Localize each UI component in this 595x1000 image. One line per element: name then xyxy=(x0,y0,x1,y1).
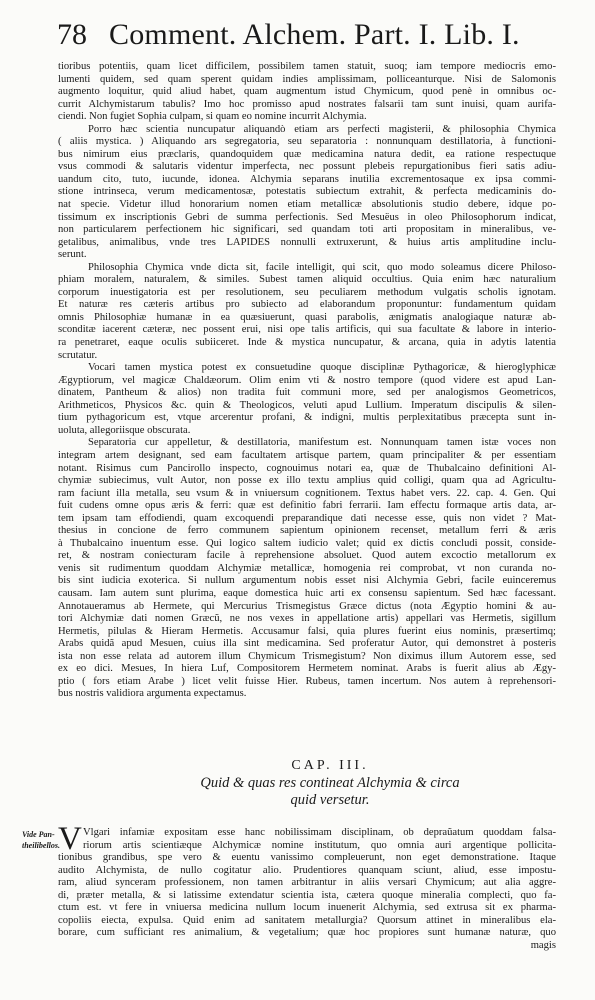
text-line: currit Alchymistarum tabulis? Imo hoc pr… xyxy=(58,99,556,112)
text-line: integram artem designant, sed eam facult… xyxy=(58,450,556,463)
text-line: fuit cudens omne opus æris & ferri: quæ … xyxy=(58,500,556,513)
text-line: causam. Iam autem sunt plurima, eaque do… xyxy=(58,588,556,601)
text-line: di, præter metalla, & si latissime exten… xyxy=(58,890,556,903)
text-line: omnis Philosophiæ humanæ in ea quæsiueru… xyxy=(58,312,556,325)
text-line: ra penetraret, eaque oculis subiiceret. … xyxy=(58,337,556,350)
text-line: Separatoria cur appelletur, & destillato… xyxy=(58,437,556,450)
text-line: tium pythagoricum est, vtque arcerentur … xyxy=(58,412,556,425)
text-line: ram faciunt illa metalla, seu vsum & in … xyxy=(58,488,556,501)
text-line: tem ipsam tam effodiendi, quam excoquend… xyxy=(58,513,556,526)
running-title: Comment. Alchem. Part. I. Lib. I. xyxy=(109,17,520,53)
text-line: uoluta, allegoriisque obscurata. xyxy=(58,425,556,438)
chapter-title-line-2: quid versetur. xyxy=(100,792,560,809)
text-line: phiam moralem, naturalem, & similes. Sub… xyxy=(58,274,556,287)
text-line: Annotaueramus ab Hermete, qui Mercurius … xyxy=(58,601,556,614)
page-number: 78 xyxy=(57,17,87,53)
text-line: notant. Risimus cum Pancirollo inspecto,… xyxy=(58,463,556,476)
text-line: borare, cum sufficiant res animalium, & … xyxy=(58,927,556,940)
text-line: scrutatur. xyxy=(58,350,556,363)
text-line: Et naturæ res cæteris artibus pro subiec… xyxy=(58,299,556,312)
text-line: serunt. xyxy=(58,249,556,262)
text-line: chymiæ subiecimus, vult Autor, non posse… xyxy=(58,475,556,488)
text-line: ptio ( fors etiam Arabe ) licet velit fu… xyxy=(58,676,556,689)
page-header: 78 Comment. Alchem. Part. I. Lib. I. xyxy=(57,17,557,53)
text-line: bus nimirum eius præclaris, quandoquidem… xyxy=(58,149,556,162)
text-line: nat specie. Videtur illud honorarium nom… xyxy=(58,199,556,212)
text-line: dinatem, Pantheum & alios) non tradita f… xyxy=(58,387,556,400)
text-line: ista non esse relata ad autorem illum Ch… xyxy=(58,651,556,664)
text-line: tissimum ex inscriptionis Gebri de summa… xyxy=(58,212,556,225)
text-line: augmento loquitur, quid aliud habet, qua… xyxy=(58,86,556,99)
text-line: getalibus, animalibus, vnde tres LAPIDES… xyxy=(58,237,556,250)
text-line: ctum est. vt fere in vniuersa medicina n… xyxy=(58,902,556,915)
text-line: audito Alchymista, de nullo cogitatur al… xyxy=(58,865,556,878)
text-line: thesius in concione de ferro communem sa… xyxy=(58,525,556,538)
text-line: ram, aliud synceram professionem, non ta… xyxy=(58,877,556,890)
chapter-body: V Vlgari infamiæ expositam esse hanc nob… xyxy=(58,827,556,952)
text-line: Hermetis, pilulas & Hieram Hermetis. Acc… xyxy=(58,626,556,639)
text-line: tioribus potentiis, quam licet difficile… xyxy=(58,61,556,74)
text-line: vsus commodi & salutaris videntur imperf… xyxy=(58,161,556,174)
chapter-label: CAP. III. xyxy=(100,757,560,775)
text-line: tionibus grandibus, spe vero & euentu va… xyxy=(58,852,556,865)
text-line: Arithmeticos, Physicos &c. quin & Theolo… xyxy=(58,400,556,413)
chapter-title-line-1: Quid & quas res contineat Alchymia & cir… xyxy=(100,775,560,792)
drop-cap: V xyxy=(58,825,82,853)
text-line: sconditæ iacerent cæteræ, nec possent er… xyxy=(58,324,556,337)
text-line: ret, & nostram coniecturam facile à repr… xyxy=(58,550,556,563)
text-line: corporum inuestigatoria est per resoluti… xyxy=(58,287,556,300)
paragraph-continuation: tioribus potentiis, quam licet difficile… xyxy=(58,61,556,701)
text-line: ( aliis mystica. ) Aliquando ars segrega… xyxy=(58,136,556,149)
text-line: ciendi. Non fugiet Sophia culpam, si qua… xyxy=(58,111,556,124)
text-line: venis sit rudimentum quoddam Alchymiæ me… xyxy=(58,563,556,576)
text-line: à Thubalcaino inuentum esse. Qui logico … xyxy=(58,538,556,551)
text-line: ex eo dici. Mesues, In hiera Luf, Compos… xyxy=(58,663,556,676)
text-line: lumenti quidem, sed quam sperent quidam … xyxy=(58,74,556,87)
text-line: Ægyptiorum, vel magicæ Chaldæorum. Olim … xyxy=(58,375,556,388)
text-line: Vlgari infamiæ expositam esse hanc nobil… xyxy=(58,827,556,840)
text-line: Philosophia Chymica vnde dicta sit, faci… xyxy=(58,262,556,275)
text-line: bus nostris validiora argumenta expectam… xyxy=(58,688,556,701)
text-line: riorum artis scientiæque Alchymicæ nomin… xyxy=(58,840,556,853)
text-line: uandum cito, tuto, iucunde, idonea. Alch… xyxy=(58,174,556,187)
text-line: Arabs quidã apud Mesuen, cuius illa sint… xyxy=(58,638,556,651)
text-line: Porro hæc scientia nuncupatur aliquandò … xyxy=(58,124,556,137)
chapter-heading: CAP. III. Quid & quas res contineat Alch… xyxy=(100,757,560,809)
text-line: tori Alchymiæ dati nomen Græcũ, ne nos v… xyxy=(58,613,556,626)
text-line: bis sint iudicia exoterica. Si nullum ar… xyxy=(58,575,556,588)
text-line: non particularem perfectionem hic signif… xyxy=(58,224,556,237)
text-line: stione intrinseca, verum medicamentosæ, … xyxy=(58,186,556,199)
text-line: copoliis eiecta, expulsa. Quid enim ad s… xyxy=(58,915,556,928)
catchword: magis xyxy=(58,940,556,953)
text-line: Vocari tamen mystica potest ex consuetud… xyxy=(58,362,556,375)
